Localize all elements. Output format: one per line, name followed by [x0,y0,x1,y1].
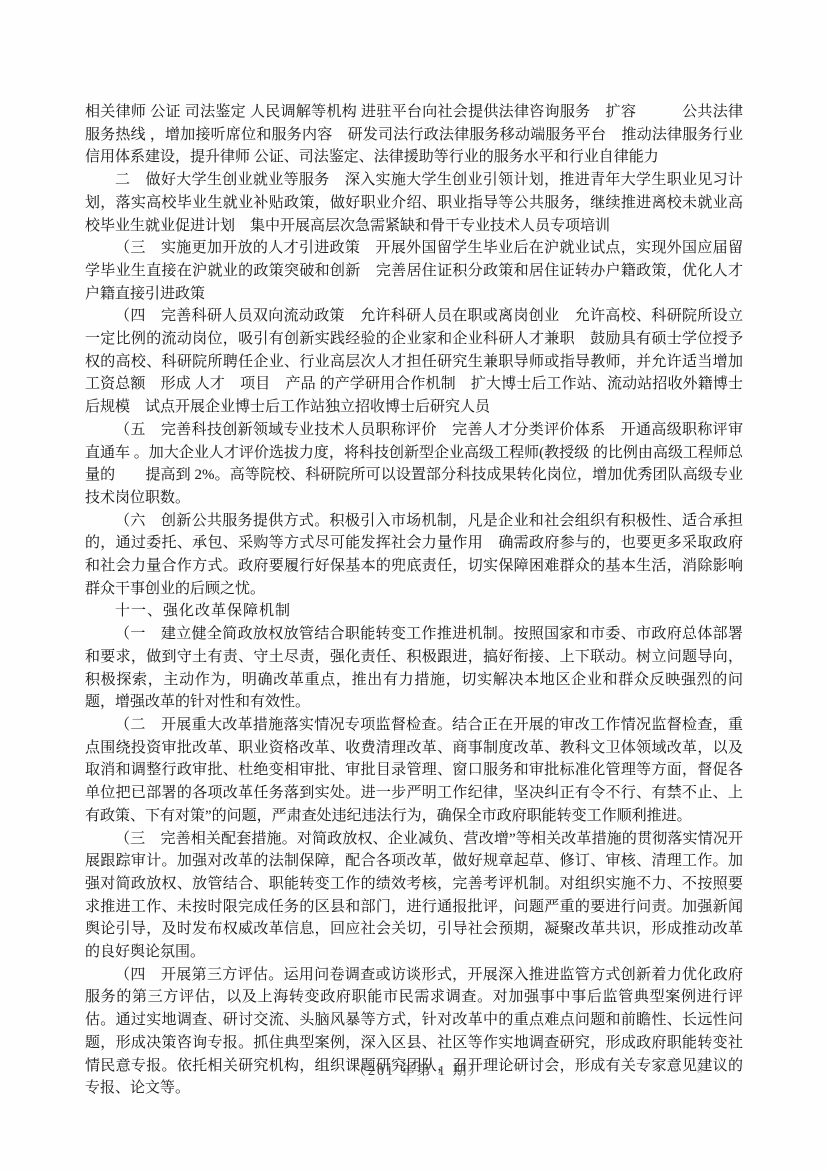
paragraph: （六 创新公共服务提供方式。积极引入市场机制，凡是企业和社会组织有积极性、适合承… [85,510,743,601]
paragraph: 二 做好大学生创业就业等服务 深入实施大学生创业引领计划，推进青年大学生职业见习… [85,169,743,237]
footer-issue-label: （201 年第 1 期） [352,1060,485,1080]
page-footer: （201 年第 1 期） 8 [85,1060,743,1084]
document-page: 相关律师 公证 司法鉴定 人民调解等机构 进驻平台向社会提供法律咨询服务 扩容 … [0,0,827,1170]
footer-page-number: 8 [697,1064,703,1076]
section-heading: 十一、强化改革保障机制 [85,600,743,623]
paragraph: （三 完善相关配套措施。对简政放权、企业减负、营改增”等相关改革措施的贯彻落实情… [85,828,743,964]
paragraph: 相关律师 公证 司法鉴定 人民调解等机构 进驻平台向社会提供法律咨询服务 扩容 … [85,101,743,169]
paragraph: （四 完善科研人员双向流动政策 允许科研人员在职或离岗创业 允许高校、科研院所设… [85,305,743,419]
document-body: 相关律师 公证 司法鉴定 人民调解等机构 进驻平台向社会提供法律咨询服务 扩容 … [85,101,743,1100]
paragraph: （三 实施更加开放的人才引进政策 开展外国留学生毕业后在沪就业试点，实现外国应届… [85,237,743,305]
paragraph: （二 开展重大改革措施落实情况专项监督检查。结合正在开展的审改工作情况监督检查，… [85,714,743,828]
paragraph: （五 完善科技创新领域专业技术人员职称评价 完善人才分类评价体系 开通高级职称评… [85,419,743,510]
paragraph: （一 建立健全简政放权放管结合职能转变工作推进机制。按照国家和市委、市政府总体部… [85,623,743,714]
